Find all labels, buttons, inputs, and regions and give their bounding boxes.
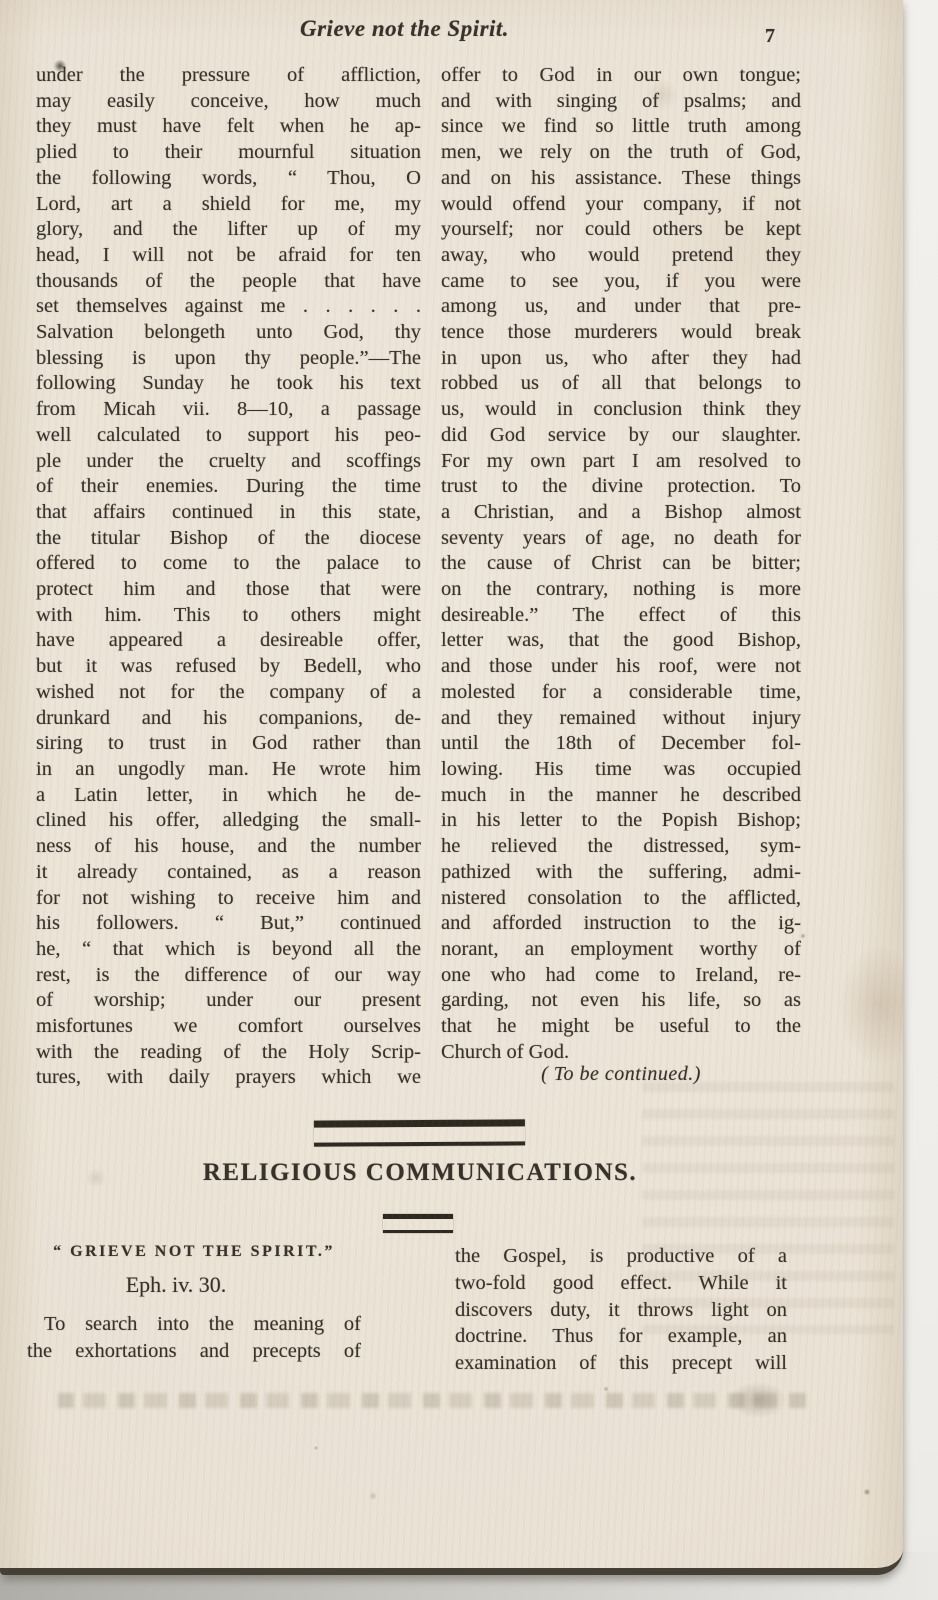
text-line: with him. This to others might bbox=[36, 603, 421, 629]
text-line: would offend your company, if not bbox=[441, 192, 801, 218]
text-line: and those under his roof, were not bbox=[441, 654, 801, 680]
text-line: For my own part I am resolved to bbox=[441, 449, 801, 475]
text-line: lowing. His time was occupied bbox=[441, 757, 801, 783]
text-line: men, we rely on the truth of God, bbox=[441, 140, 801, 166]
text-line: garding, not even his life, so as bbox=[441, 988, 801, 1014]
text-line: the titular Bishop of the diocese bbox=[36, 526, 421, 552]
subsection-divider-rule bbox=[383, 1214, 453, 1233]
text-line: examination of this precept will bbox=[455, 1350, 787, 1377]
photo-backdrop: Grieve not the Spirit. 7 under the press… bbox=[0, 0, 938, 1600]
scripture-reference: Eph. iv. 30. bbox=[27, 1272, 325, 1298]
text-line: the following words, “ Thou, O bbox=[36, 166, 421, 192]
text-line: discovers duty, it throws light on bbox=[455, 1297, 787, 1324]
text-line: set themselves against me . . . . . . bbox=[36, 294, 421, 320]
text-line: did God service by our slaughter. bbox=[441, 423, 801, 449]
text-line: plied to their mournful situation bbox=[36, 140, 421, 166]
text-line: Church of God. bbox=[441, 1040, 801, 1066]
text-line: under the pressure of affliction, bbox=[36, 63, 421, 89]
text-line: To search into the meaning of bbox=[27, 1311, 361, 1338]
text-line: may easily conceive, how much bbox=[36, 89, 421, 115]
text-line: following Sunday he took his text bbox=[36, 371, 421, 397]
text-line: offered to come to the palace to bbox=[36, 551, 421, 577]
text-line: blessing is upon thy people.”—The bbox=[36, 346, 421, 372]
text-line: that affairs continued in this state, bbox=[36, 500, 421, 526]
text-line: the cause of Christ can be bitter; bbox=[441, 551, 801, 577]
text-line: the exhortations and precepts of bbox=[27, 1338, 361, 1365]
article2-right-column: the Gospel, is productive of atwo-fold g… bbox=[455, 1243, 787, 1377]
text-line: for not wishing to receive him and bbox=[36, 886, 421, 912]
text-line: nistered consolation to the afflicted, bbox=[441, 886, 801, 912]
text-line: seventy years of age, no death for bbox=[441, 526, 801, 552]
text-line: one who had come to Ireland, re- bbox=[441, 963, 801, 989]
text-line: away, who would pretend they bbox=[441, 243, 801, 269]
text-line: thousands of the people that have bbox=[36, 269, 421, 295]
article1-left-column: under the pressure of affliction,may eas… bbox=[36, 63, 421, 1091]
text-line: with the reading of the Holy Scrip- bbox=[36, 1040, 421, 1066]
text-line: trust to the divine protection. To bbox=[441, 474, 801, 500]
text-line: Salvation belongeth unto God, thy bbox=[36, 320, 421, 346]
text-line: siring to trust in God rather than bbox=[36, 731, 421, 757]
text-line: in his letter to the Popish Bishop; bbox=[441, 808, 801, 834]
text-line: and afforded instruction to the ig- bbox=[441, 911, 801, 937]
page-show-through-line bbox=[58, 1393, 806, 1408]
article2-title: “ GRIEVE NOT THE SPIRIT.” bbox=[27, 1243, 361, 1261]
article2-left-column: “ GRIEVE NOT THE SPIRIT.” Eph. iv. 30. T… bbox=[27, 1243, 361, 1365]
text-line: have appeared a desireable offer, bbox=[36, 628, 421, 654]
text-line: a Latin letter, in which he de- bbox=[36, 783, 421, 809]
text-line: robbed us of all that belongs to bbox=[441, 371, 801, 397]
text-line: norant, an employment worthy of bbox=[441, 937, 801, 963]
text-line: he relieved the distressed, sym- bbox=[441, 834, 801, 860]
article1-right-column: offer to God in our own tongue;and with … bbox=[441, 63, 801, 1065]
text-line: he, “ that which is beyond all the bbox=[36, 937, 421, 963]
text-line: until the 18th of December fol- bbox=[441, 731, 801, 757]
text-line: they must have felt when he ap- bbox=[36, 114, 421, 140]
text-line: yourself; nor could others be kept bbox=[441, 217, 801, 243]
text-line: a Christian, and a Bishop almost bbox=[441, 500, 801, 526]
text-line: molested for a considerable time, bbox=[441, 680, 801, 706]
text-line: in an ungodly man. He wrote him bbox=[36, 757, 421, 783]
text-line: on the contrary, nothing is more bbox=[441, 577, 801, 603]
text-line: of their enemies. During the time bbox=[36, 474, 421, 500]
text-line: since we find so little truth among bbox=[441, 114, 801, 140]
text-line: it already contained, as a reason bbox=[36, 860, 421, 886]
text-line: came to see you, if you were bbox=[441, 269, 801, 295]
text-line: us, would in conclusion think they bbox=[441, 397, 801, 423]
text-line: and they remained without injury bbox=[441, 706, 801, 732]
text-line: head, I will not be afraid for ten bbox=[36, 243, 421, 269]
text-line: the Gospel, is productive of a bbox=[455, 1243, 787, 1270]
text-line: glory, and the lifter up of my bbox=[36, 217, 421, 243]
text-line: ness of his house, and the number bbox=[36, 834, 421, 860]
text-line: offer to God in our own tongue; bbox=[441, 63, 801, 89]
text-line: rest, is the difference of our way bbox=[36, 963, 421, 989]
to-be-continued-note: ( To be continued.) bbox=[441, 1063, 801, 1086]
page-number: 7 bbox=[765, 25, 775, 48]
text-line: drunkard and his companions, de- bbox=[36, 706, 421, 732]
text-line: tures, with daily prayers which we bbox=[36, 1065, 421, 1091]
text-line: that he might be useful to the bbox=[441, 1014, 801, 1040]
section-heading: RELIGIOUS COMMUNICATIONS. bbox=[0, 1159, 840, 1187]
text-line: tence those murderers would break bbox=[441, 320, 801, 346]
running-header-title: Grieve not the Spirit. bbox=[300, 16, 509, 42]
text-line: among us, and under that pre- bbox=[441, 294, 801, 320]
scanned-book-page: Grieve not the Spirit. 7 under the press… bbox=[0, 0, 903, 1575]
text-line: doctrine. Thus for example, an bbox=[455, 1323, 787, 1350]
text-line: two-fold good effect. While it bbox=[455, 1270, 787, 1297]
text-line: wished not for the company of a bbox=[36, 680, 421, 706]
text-line: protect him and those that were bbox=[36, 577, 421, 603]
text-line: Lord, art a shield for me, my bbox=[36, 192, 421, 218]
text-line: but it was refused by Bedell, who bbox=[36, 654, 421, 680]
text-line: clined his offer, alledging the small- bbox=[36, 808, 421, 834]
text-line: well calculated to support his peo- bbox=[36, 423, 421, 449]
text-line: from Micah vii. 8—10, a passage bbox=[36, 397, 421, 423]
text-line: of worship; under our present bbox=[36, 988, 421, 1014]
text-line: his followers. “ But,” continued bbox=[36, 911, 421, 937]
text-line: misfortunes we comfort ourselves bbox=[36, 1014, 421, 1040]
text-line: desireable.” The effect of this bbox=[441, 603, 801, 629]
text-line: ple under the cruelty and scoffings bbox=[36, 449, 421, 475]
text-line: in upon us, who after they had bbox=[441, 346, 801, 372]
text-line: and on his assistance. These things bbox=[441, 166, 801, 192]
text-line: and with singing of psalms; and bbox=[441, 89, 801, 115]
text-line: pathized with the suffering, admi- bbox=[441, 860, 801, 886]
text-line: much in the manner he described bbox=[441, 783, 801, 809]
article2-left-text: To search into the meaning ofthe exhorta… bbox=[27, 1311, 361, 1365]
text-line: letter was, that the good Bishop, bbox=[441, 628, 801, 654]
section-divider-rule bbox=[314, 1119, 525, 1146]
